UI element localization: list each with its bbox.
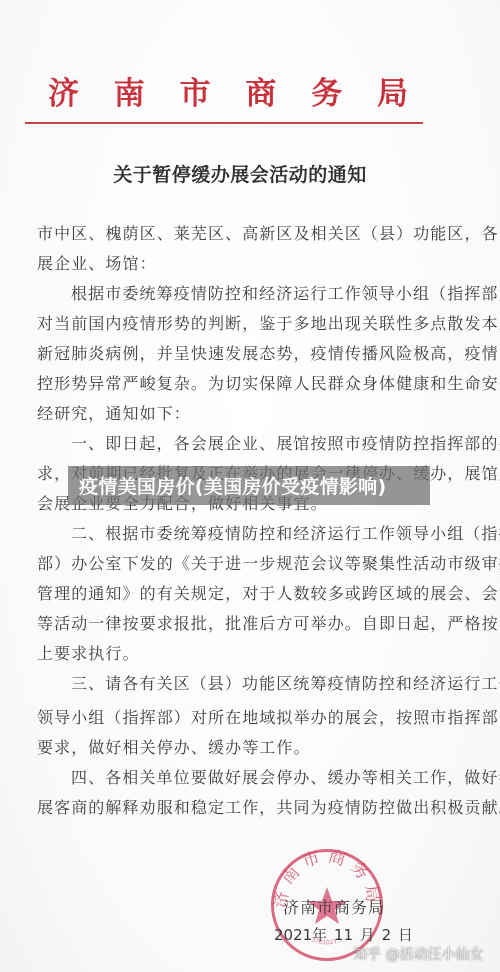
body-line: 展企业、场馆：	[37, 249, 449, 279]
issuer-char: 济	[48, 76, 79, 112]
issuer-char: 局	[377, 76, 408, 112]
body-line: 三、请各有关区（县）功能区统筹疫情防控和经济运行工作	[37, 669, 449, 703]
body-line: 控形势异常严峻复杂。为切实保障人民群众身体健康和生命安全，	[37, 369, 449, 399]
body-line: 新冠肺炎病例，并呈快速发展态势，疫情传播风险极高，疫情防	[37, 339, 449, 369]
body-line: 部）办公室下发的《关于进一步规范会议等聚集性活动市级审批	[37, 549, 449, 579]
document-page: 济 南 市 商 务 局 关于暂停缓办展会活动的通知 市中区、槐荫区、莱芜区、高新…	[0, 0, 500, 972]
body-line: 市中区、槐荫区、莱芜区、高新区及相关区（县）功能区，各会	[37, 219, 449, 249]
issuer-char: 南	[114, 76, 145, 112]
body-line: 二、根据市委统筹疫情防控和经济运行工作领导小组（指挥	[37, 519, 449, 549]
headline-text: 疫情美国房价(美国房价受疫情影响)	[79, 472, 386, 499]
issuer-char: 商	[245, 76, 276, 112]
body-line: 展客商的解释劝服和稳定工作，共同为疫情防控做出积极贡献。	[37, 793, 449, 823]
body-line: 经研究，通知如下：	[37, 399, 449, 429]
body-line: 对当前国内疫情形势的判断，鉴于多地出现关联性多点散发本土	[37, 309, 449, 339]
body-line: 一、即日起，各会展企业、展馆按照市疫情防控指挥部的要	[37, 429, 449, 459]
issue-date: 2021年 11 月 2 日	[274, 924, 413, 945]
header-divider	[25, 122, 423, 124]
body-line: 根据市委统筹疫情防控和经济运行工作领导小组（指挥部）	[37, 279, 449, 309]
issuer-header: 济 南 市 商 务 局	[48, 76, 408, 112]
issuer-char: 务	[311, 76, 342, 112]
source-watermark: 知乎 @活动汪小仙女	[353, 944, 483, 964]
body-line: 四、各相关单位要做好展会停办、缓办等相关工作，做好参	[37, 763, 449, 793]
body-line: 上要求执行。	[37, 639, 449, 669]
issuer-char: 市	[180, 76, 211, 112]
headline-overlay: 疫情美国房价(美国房价受疫情影响)	[68, 466, 430, 505]
document-title: 关于暂停缓办展会活动的通知	[0, 160, 480, 187]
body-line: 领导小组（指挥部）对所在地域拟举办的展会，按照市指挥部的	[37, 703, 449, 733]
body-line: 等活动一律按要求报批，批准后方可举办。自即日起，严格按以	[37, 609, 449, 639]
document-body: 市中区、槐荫区、莱芜区、高新区及相关区（县）功能区，各会 展企业、场馆： 根据市…	[37, 219, 449, 823]
signature-issuer: 济南市商务局	[283, 895, 385, 918]
body-line: 管理的通知》的有关规定，对于人数较多或跨区域的展会、会议	[37, 579, 449, 609]
body-line: 要求，做好相关停办、缓办等工作。	[37, 733, 449, 763]
